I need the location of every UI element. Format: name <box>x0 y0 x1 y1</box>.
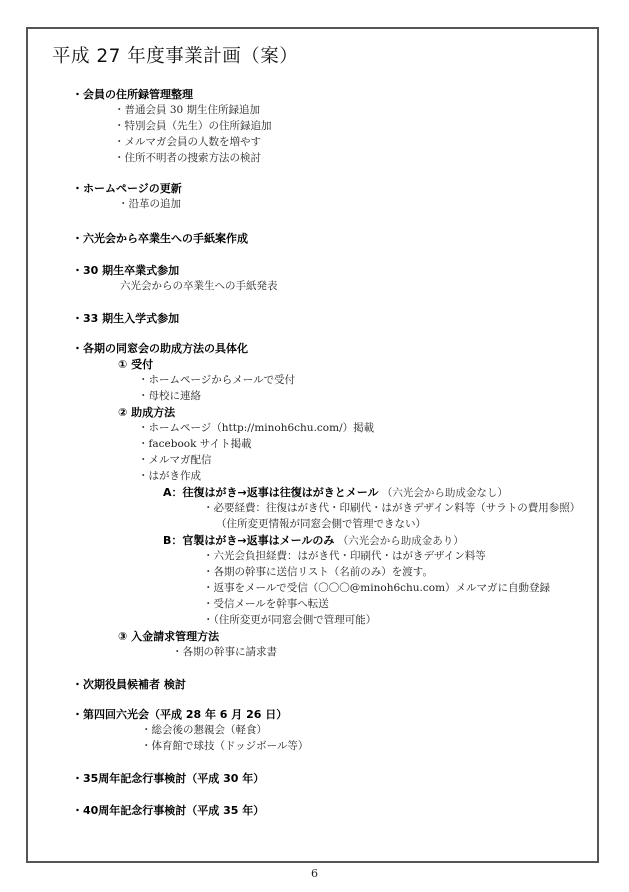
list-item: ・各期の幹事に請求書 <box>172 647 277 658</box>
subsection-heading: ③ 入金請求管理方法 <box>118 631 219 642</box>
list-item: ・六光会負担経費：はがき代・印刷代・はがきデザイン料等 <box>203 551 486 562</box>
list-item: ・総会後の懇親会（軽食） <box>141 725 267 736</box>
page-border-frame <box>26 27 599 863</box>
line-note: （六光会から助成金あり） <box>334 535 463 547</box>
line-text: ・各期の同窓会の助成方法の具体化 <box>72 342 248 355</box>
list-item: ・facebook サイト掲載 <box>138 439 252 450</box>
section-heading: ・33 期生入学式参加 <box>72 313 179 324</box>
list-item: ・住所不明者の捜索方法の検討 <box>114 153 261 164</box>
line-text: ・六光会負担経費：はがき代・印刷代・はがきデザイン料等 <box>203 550 486 562</box>
line-text: B：官製はがき→返事はメールのみ <box>163 534 334 547</box>
subsection-heading: B：官製はがき→返事はメールのみ （六光会から助成金あり） <box>163 535 464 547</box>
line-text: ・母校に連絡 <box>138 390 201 402</box>
subsection-heading: ① 受付 <box>118 359 153 370</box>
line-note: （六光会から助成金なし） <box>379 487 508 499</box>
section-heading: ・35周年記念行事検討（平成 30 年） <box>72 773 264 784</box>
line-text: ・はがき作成 <box>138 470 201 482</box>
line-text: 六光会からの卒業生への手紙発表 <box>120 280 278 292</box>
line-text: ・沿革の追加 <box>118 198 181 210</box>
line-text: ・ホームページの更新 <box>72 182 182 195</box>
line-text: ・35周年記念行事検討（平成 30 年） <box>72 772 264 785</box>
line-text: ・六光会から卒業生への手紙案作成 <box>72 232 248 245</box>
line-text: ・ホームページからメールで受付 <box>138 374 295 386</box>
list-item: ・（住所変更が同窓会側で管理可能） <box>203 615 376 626</box>
line-text: ・メルマガ会員の人数を増やす <box>114 136 261 148</box>
line-text: ③ 入金請求管理方法 <box>118 630 219 643</box>
line-text: ・総会後の懇親会（軽食） <box>141 724 267 736</box>
line-text: （住所変更情報が同窓会側で管理できない） <box>216 518 426 530</box>
line-text: ① 受付 <box>118 358 153 371</box>
list-item: ・体育館で球技（ドッジボール等） <box>141 741 308 752</box>
line-text: ・住所不明者の捜索方法の検討 <box>114 152 261 164</box>
section-heading: ・次期役員候補者 検討 <box>72 679 186 690</box>
line-text: ・33 期生入学式参加 <box>72 312 179 325</box>
list-item: ・ホームページ（http://minoh6chu.com/）掲載 <box>138 423 374 434</box>
list-item: ・母校に連絡 <box>138 391 201 402</box>
line-text: ・30 期生卒業式参加 <box>72 264 179 277</box>
section-heading: ・40周年記念行事検討（平成 35 年） <box>72 805 264 816</box>
line-text: ② 助成方法 <box>118 406 175 419</box>
line-text: ・必要経費：往復はがき代・印刷代・はがきデザイン料等（サラトの費用参照） <box>203 502 580 514</box>
list-item: ・はがき作成 <box>138 471 201 482</box>
document-title: 平成 27 年度事業計画（案） <box>52 42 298 68</box>
section-heading: ・六光会から卒業生への手紙案作成 <box>72 233 248 244</box>
line-text: ・特別会員（先生）の住所録追加 <box>114 120 272 132</box>
line-text: ・facebook サイト掲載 <box>138 438 252 450</box>
line-text: ・メルマガ配信 <box>138 454 212 466</box>
list-item: ・返事をメールで受信（〇〇〇@minoh6chu.com）メルマガに自動登録 <box>203 583 550 594</box>
list-item: （住所変更情報が同窓会側で管理できない） <box>216 519 426 530</box>
line-text: ・各期の幹事に送信リスト（名前のみ）を渡す。 <box>203 566 433 578</box>
section-heading: ・第四回六光会（平成 28 年 6 月 26 日） <box>72 709 287 720</box>
list-item: ・メルマガ配信 <box>138 455 212 466</box>
list-item: ・受信メールを幹事へ転送 <box>203 599 329 610</box>
page-number: 6 <box>311 867 318 880</box>
line-text: ・会員の住所録管理整理 <box>72 88 193 101</box>
line-text: ・受信メールを幹事へ転送 <box>203 598 329 610</box>
list-item: ・メルマガ会員の人数を増やす <box>114 137 261 148</box>
line-text: ・返事をメールで受信（〇〇〇@minoh6chu.com）メルマガに自動登録 <box>203 582 550 594</box>
list-item: ・普通会員 30 期生住所録追加 <box>114 105 260 116</box>
line-text: ・ホームページ（http://minoh6chu.com/）掲載 <box>138 422 374 434</box>
subsection-heading: ② 助成方法 <box>118 407 175 418</box>
list-item: 六光会からの卒業生への手紙発表 <box>120 281 278 292</box>
line-text: ・第四回六光会（平成 28 年 6 月 26 日） <box>72 708 287 721</box>
line-text: ・体育館で球技（ドッジボール等） <box>141 740 308 752</box>
list-item: ・各期の幹事に送信リスト（名前のみ）を渡す。 <box>203 567 433 578</box>
section-heading: ・30 期生卒業式参加 <box>72 265 179 276</box>
line-text: A：往復はがき→返事は往復はがきとメール <box>163 486 379 499</box>
list-item: ・必要経費：往復はがき代・印刷代・はがきデザイン料等（サラトの費用参照） <box>203 503 580 514</box>
line-text: ・40周年記念行事検討（平成 35 年） <box>72 804 264 817</box>
line-text: ・次期役員候補者 検討 <box>72 678 186 691</box>
list-item: ・沿革の追加 <box>118 199 181 210</box>
list-item: ・特別会員（先生）の住所録追加 <box>114 121 272 132</box>
section-heading: ・ホームページの更新 <box>72 183 182 194</box>
line-text: ・各期の幹事に請求書 <box>172 646 277 658</box>
line-text: ・普通会員 30 期生住所録追加 <box>114 104 260 116</box>
list-item: ・ホームページからメールで受付 <box>138 375 295 386</box>
section-heading: ・会員の住所録管理整理 <box>72 89 193 100</box>
section-heading: ・各期の同窓会の助成方法の具体化 <box>72 343 248 354</box>
subsection-heading: A：往復はがき→返事は往復はがきとメール （六光会から助成金なし） <box>163 487 508 499</box>
line-text: ・（住所変更が同窓会側で管理可能） <box>203 614 376 626</box>
